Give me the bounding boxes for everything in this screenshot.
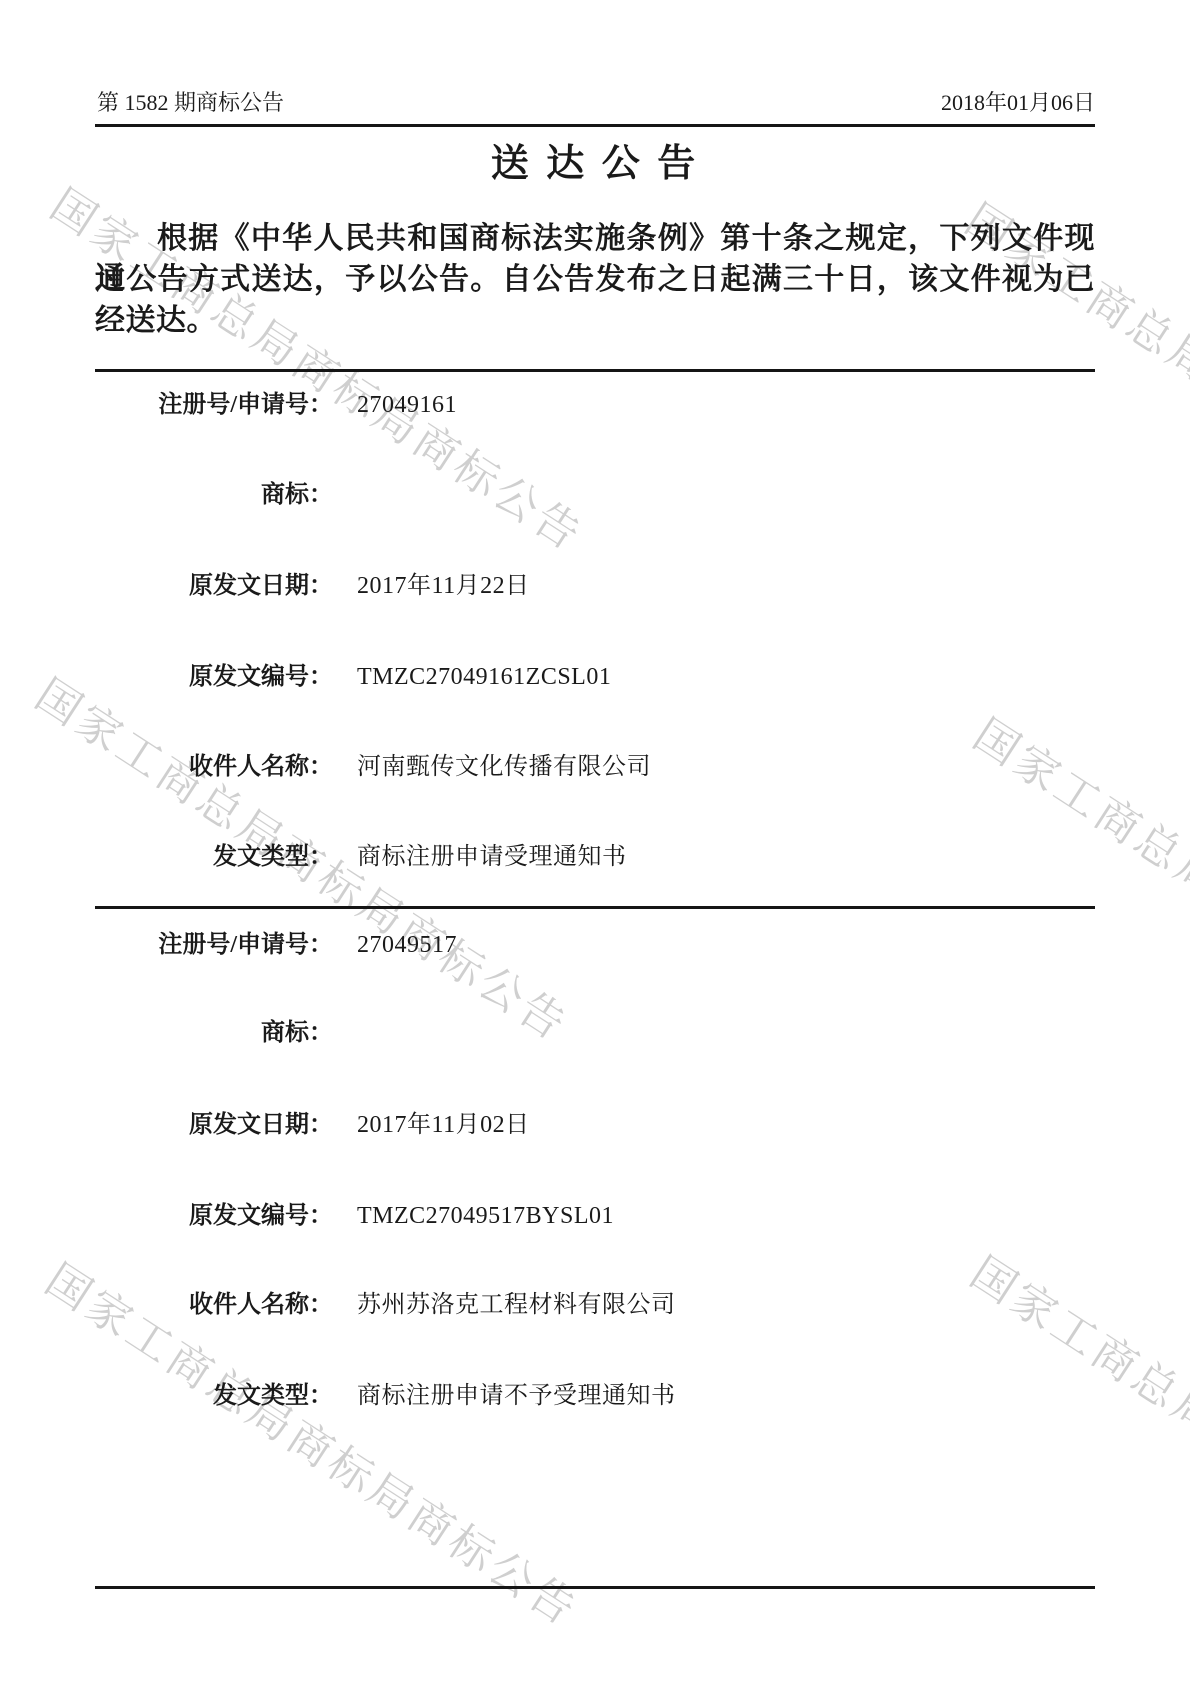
header-issue-number: 第 1582 期商标公告 — [97, 86, 284, 117]
header-date: 2018年01月06日 — [941, 86, 1095, 117]
intro-line-3: 经送达。 — [95, 301, 1095, 341]
page-title: 送 达 公 告 — [0, 142, 1190, 186]
field-value-original-document-number: TMZC27049517BYSL01 — [357, 1201, 1002, 1231]
record-divider — [95, 369, 1095, 372]
field-value-recipient-name: 河南甄传文化传播有限公司 — [357, 752, 1002, 782]
field-value-registration-number: 27049517 — [357, 930, 1002, 960]
field-label-original-issue-date: 原发文日期： — [95, 1110, 333, 1140]
field-value-registration-number: 27049161 — [357, 390, 1002, 420]
field-value-recipient-name: 苏州苏洛克工程材料有限公司 — [357, 1290, 1002, 1320]
field-value-original-issue-date: 2017年11月22日 — [357, 571, 1002, 601]
field-label-original-issue-date: 原发文日期： — [95, 571, 333, 601]
record-divider — [95, 906, 1095, 909]
field-label-document-type: 发文类型： — [95, 842, 333, 872]
field-label-trademark: 商标： — [95, 1018, 333, 1048]
field-label-original-document-number: 原发文编号： — [95, 662, 333, 692]
field-label-original-document-number: 原发文编号： — [95, 1201, 333, 1231]
field-label-registration-number: 注册号/申请号： — [95, 390, 333, 420]
field-label-trademark: 商标： — [95, 480, 333, 510]
intro-line-2: 过公告方式送达，予以公告。自公告发布之日起满三十日，该文件视为已 — [95, 260, 1095, 300]
gazette-page: 国家工商总局商标局商标公告 国家工商总局商标局商标公告 国家工商总局商标局商标公… — [0, 0, 1190, 1684]
field-label-document-type: 发文类型： — [95, 1381, 333, 1411]
field-value-document-type: 商标注册申请不予受理通知书 — [357, 1381, 1002, 1411]
bottom-divider — [95, 1586, 1095, 1589]
field-value-original-issue-date: 2017年11月02日 — [357, 1110, 1002, 1140]
field-value-document-type: 商标注册申请受理通知书 — [357, 842, 1002, 872]
field-label-registration-number: 注册号/申请号： — [95, 930, 333, 960]
field-value-original-document-number: TMZC27049161ZCSL01 — [357, 662, 1002, 692]
header-rule — [95, 124, 1095, 127]
field-label-recipient-name: 收件人名称： — [95, 752, 333, 782]
field-label-recipient-name: 收件人名称： — [95, 1290, 333, 1320]
